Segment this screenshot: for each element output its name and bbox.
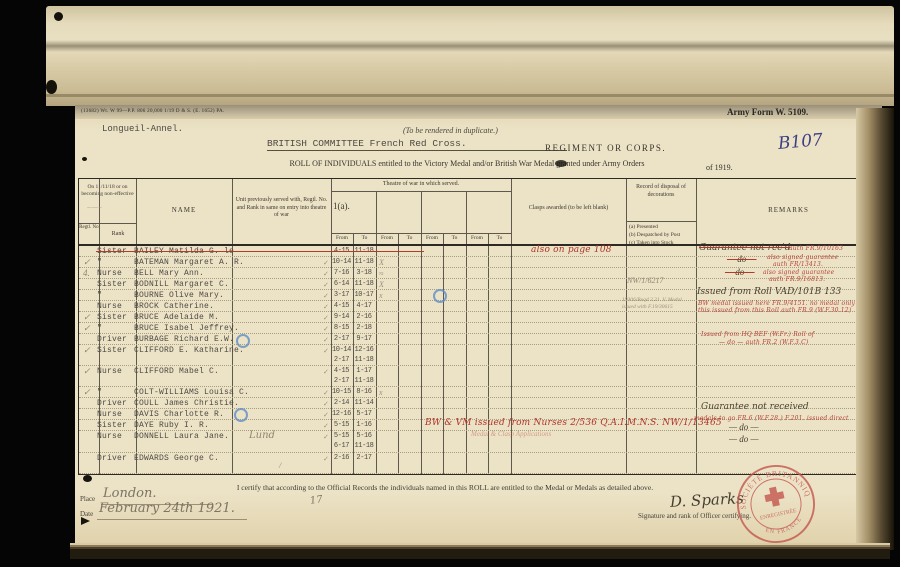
row-name: DAVIS Charlotte R. xyxy=(134,410,224,419)
row-date-to: 11-18 xyxy=(353,442,375,450)
row-rank: Sister xyxy=(97,421,127,430)
blue-circle-mark xyxy=(236,334,250,348)
row-name: COLT-WILLIAMS Louisa C. xyxy=(134,388,249,397)
row-date-to: 9-17 xyxy=(353,335,375,343)
page-stack-right-edge xyxy=(856,108,894,550)
army-form-number: Army Form W. 5109. xyxy=(727,107,808,117)
to-label: To xyxy=(398,235,421,242)
row-precheck: ✓ xyxy=(323,281,329,289)
row-name: BRUCE Adelaide M. xyxy=(134,313,219,322)
row-date-to: 10-17 xyxy=(353,291,375,299)
page-stack-shadow xyxy=(46,40,894,52)
row-rank: Nurse xyxy=(97,269,122,278)
row-date-from: 8-15 xyxy=(331,324,352,332)
stamp-center-text: ENREGISTRÉE xyxy=(759,506,797,522)
pencil-annotation: issued with F.19/30615 xyxy=(622,304,673,310)
row-name: BODNILL Margaret C. xyxy=(134,280,229,289)
certification-statement: I certify that according to the Official… xyxy=(195,483,695,492)
row-precheck: ✓ xyxy=(323,389,329,397)
row-rank: Nurse xyxy=(97,410,122,419)
row-date-from: 10-15 xyxy=(331,388,352,396)
row-date-to: 3-18 xyxy=(353,269,375,277)
row-precheck: ✓ xyxy=(323,314,329,322)
row-name: DAYE Ruby I. R. xyxy=(134,421,209,430)
of-year: of 1919. xyxy=(706,163,733,172)
row-date-from: 5-15 xyxy=(331,432,352,440)
margin-arrow-mark xyxy=(81,517,90,525)
place-value-handwritten: London. xyxy=(103,486,157,501)
from-label: From xyxy=(376,235,398,242)
col-header-clasps: Clasps awarded (to be left blank) xyxy=(513,205,624,213)
blue-circle-mark xyxy=(234,408,248,422)
row-date-from: 7-16 xyxy=(331,269,352,277)
from-label: From xyxy=(421,235,443,242)
col-header-rank: Rank xyxy=(100,231,136,239)
row-date-to: 12-16 xyxy=(353,346,375,354)
row-date-from: 4-15 xyxy=(331,302,352,310)
col-header-disposal: Record of disposal of decorations xyxy=(628,184,694,199)
row-date-from: 6-17 xyxy=(331,442,352,450)
table-row: 4.NurseBELL Mary Ann.✓7-163-18≈ xyxy=(79,268,881,279)
row-precheck: ✓ xyxy=(323,347,329,355)
row-precheck: ✓ xyxy=(323,400,329,408)
row-rank: Driver xyxy=(97,454,127,463)
row-precheck: ✓ xyxy=(323,336,329,344)
row-name: BATEMAN Margaret A. R. xyxy=(134,258,244,267)
table-row: ✓SisterCLIFFORD E. Katharine.✓10-1412-16… xyxy=(79,345,881,366)
col-header-theatre-code: 1(a). xyxy=(333,201,363,213)
ink-annotation: — do — xyxy=(729,434,759,444)
row-precheck: ✓ xyxy=(323,292,329,300)
margin-pencil-mark: 17 xyxy=(309,494,323,507)
row-date-from: 10-14 xyxy=(331,346,352,354)
pencil-annotation: 19306/Reqd 2.21. V. Medal xyxy=(622,297,682,303)
ink-annotation: — do — xyxy=(725,267,755,277)
row-date-to: 5-17 xyxy=(353,410,375,418)
table-header-line xyxy=(331,191,511,192)
row-date-from: 9-14 xyxy=(331,313,352,321)
row-rank: Driver xyxy=(97,399,127,408)
row-date-from: 2-16 xyxy=(331,454,352,462)
roll-title: ROLL OF INDIVIDUALS entitled to the Vict… xyxy=(187,159,747,168)
row-pencil-check: 4. xyxy=(83,268,90,278)
row-pencil-x: x xyxy=(379,291,383,300)
ink-blot xyxy=(83,475,92,482)
row-rank: Sister xyxy=(97,313,127,322)
row-date-from: 2-14 xyxy=(331,399,352,407)
row-precheck: ✓ xyxy=(323,270,329,278)
row-rank: Nurse xyxy=(97,367,122,376)
row-name: COULL James Christie. xyxy=(134,399,239,408)
row-date-from: 2-17 xyxy=(331,335,352,343)
red-ink-annotation: — do — auth FR.2 (W.F.3.C) xyxy=(719,339,808,346)
scanned-ledger: (13682) Wt. W 99—P.P. 806 20,000 1/19 D … xyxy=(0,0,900,567)
row-pencil-x: ≈ xyxy=(379,269,383,278)
blue-circle-mark xyxy=(433,289,447,303)
disposal-item-b: (b) Despatched by Post xyxy=(629,232,695,239)
red-cross-icon xyxy=(763,485,786,508)
table-row: ✓″COLT-WILLIAMS Louisa C.✓10-158-16x xyxy=(79,387,881,398)
row-name: BURBAGE Richard E.W. xyxy=(134,335,234,344)
col-header-effective: On 11/11/18 or on becoming non-effective xyxy=(80,184,135,198)
row-date-from: 12-16 xyxy=(331,410,352,418)
row-name: CLIFFORD E. Katharine. xyxy=(134,346,244,355)
table-row: ✓″BATEMAN Margaret A. R.✓10-1411-18X xyxy=(79,257,881,268)
col-header-regtl-no: Regtl. No. xyxy=(79,225,100,232)
row-pencil-check: ✓ xyxy=(83,345,91,356)
page-stack-bottom-edge xyxy=(70,543,890,559)
row-precheck: ✓ xyxy=(323,368,329,376)
row-date-from: 4-15 xyxy=(331,367,352,375)
col-header-remarks: REMARKS xyxy=(696,206,881,215)
row-pencil-x: X xyxy=(379,258,384,267)
red-ink-annotation: Issued from HQ BEF (W.Fr.) Roll of xyxy=(701,331,814,338)
row-name: CLIFFORD Mabel C. xyxy=(134,367,219,376)
row-precheck: ✓ xyxy=(323,259,329,267)
row-date-to: 2-17 xyxy=(353,454,375,462)
row-pencil-check: ✓ xyxy=(83,387,91,398)
red-ink-annotation: this issued from this Roll auth FR.9 (W.… xyxy=(698,307,851,314)
binder-hole-icon xyxy=(54,12,63,21)
red-ink-annotation: also signed guarantee xyxy=(763,269,834,276)
ink-annotation: Issued from Roll VAD/101B 133 xyxy=(697,287,841,297)
to-label: To xyxy=(353,235,376,242)
disposal-item-a: (a) Presented xyxy=(629,224,695,231)
to-label: To xyxy=(488,235,511,242)
row-name: BELL Mary Ann. xyxy=(134,269,204,278)
row-date-from: 2-17 xyxy=(331,377,352,385)
red-ink-annotation: BW & VM issued from Nurses 2/536 Q.A.I.M… xyxy=(425,418,722,428)
row-precheck: ✓ xyxy=(323,455,329,463)
row-rank: Driver xyxy=(97,335,127,344)
row-date-from: 3-17 xyxy=(331,291,352,299)
row-pencil-check: ✓ xyxy=(83,257,91,268)
form-header-band: (13682) Wt. W 99—P.P. 806 20,000 1/19 D … xyxy=(75,105,882,119)
red-ink-annotation: also on page 108 xyxy=(531,245,612,255)
row-date-to: 8-16 xyxy=(353,388,375,396)
table-body: SisterBAILEY Matilda G. le4-1511-18✓″BAT… xyxy=(79,246,881,474)
row-pencil-check: ✓ xyxy=(83,323,91,334)
place-label: Place xyxy=(80,495,95,503)
ink-blot xyxy=(82,157,87,161)
row-date-from: 6-14 xyxy=(331,280,352,288)
red-ink-annotation: BW medal issued here FR.9/4151. no medal… xyxy=(698,300,855,307)
row-rank: Sister xyxy=(97,346,127,355)
row-rank: ″ xyxy=(97,388,102,397)
row-name: DONNELL Laura Jane. xyxy=(134,432,229,441)
from-label: From xyxy=(331,235,353,242)
pencil-annotation: Lund xyxy=(249,430,275,441)
medal-roll-table: On 11/11/18 or on becoming non-effective… xyxy=(78,178,882,475)
col-header-name: NAME xyxy=(136,206,232,215)
table-header-line xyxy=(626,221,696,222)
col-header-unit: Unit previously served with, Regtl. No. … xyxy=(234,197,329,220)
red-cross-stamp: SOCIÉTÉ BRITANNIQUE EN FRANCE ENREGISTRÉ… xyxy=(725,453,827,555)
row-date-to: 11-18 xyxy=(353,356,375,364)
red-ink-annotation: auth FR/13413. xyxy=(773,261,823,268)
printer-code: (13682) Wt. W 99—P.P. 806 20,000 1/19 D … xyxy=(81,109,224,114)
location-typed: Longueil-Annel. xyxy=(102,124,183,134)
date-value-handwritten: February 24th 1921. xyxy=(99,501,235,516)
row-rank: ″ xyxy=(97,258,102,267)
ink-annotation: — do — xyxy=(727,254,757,264)
table-header-line xyxy=(79,223,136,224)
row-date-to: 1-17 xyxy=(353,367,375,375)
ink-annotation: — do — xyxy=(729,422,759,432)
row-rank: Sister xyxy=(97,280,127,289)
red-ink-annotation: also signed guarantee xyxy=(767,254,838,261)
page-reference-handwritten: B107 xyxy=(777,130,824,154)
row-precheck: ✓ xyxy=(323,325,329,333)
ink-annotation: Guarantee not rec'd xyxy=(699,243,791,253)
pencil-annotation: NW/1/6217 xyxy=(627,276,663,285)
pencil-annotation: ~·~~·~ xyxy=(87,205,102,211)
row-pencil-check: ✓ xyxy=(83,312,91,323)
row-date-to: 11-18 xyxy=(353,280,375,288)
row-rank: ″ xyxy=(97,324,102,333)
row-pencil-x: X xyxy=(379,280,384,289)
table-header-line xyxy=(331,233,511,234)
ink-annotation: Guarantee not received xyxy=(701,402,809,412)
binder-hole-icon xyxy=(46,80,57,94)
red-ink-annotation: auth FR.9/16813. xyxy=(769,276,825,283)
row-pencil-x: x xyxy=(379,388,383,397)
row-date-to: 11-18 xyxy=(353,258,375,266)
regiment-or-corps-label: REGIMENT OR CORPS. xyxy=(545,143,666,153)
row-date-to: 11-18 xyxy=(353,377,375,385)
row-precheck: ✓ xyxy=(323,433,329,441)
red-ink-annotation: auth FR.9/10163 xyxy=(789,245,843,252)
row-rank: ″ xyxy=(97,291,102,300)
to-label: To xyxy=(443,235,466,242)
ink-blot xyxy=(555,160,567,167)
row-date-from: 10-14 xyxy=(331,258,352,266)
row-pencil-check: ✓ xyxy=(83,366,91,377)
row-name: BROCK Catherine. xyxy=(134,302,214,311)
row-date-to: 11-14 xyxy=(353,399,375,407)
row-name: BOURNE Olive Mary. xyxy=(134,291,224,300)
row-name: EDWARDS George C. xyxy=(134,454,219,463)
page-stack-top-edge xyxy=(46,6,894,106)
date-rule-line xyxy=(97,519,247,520)
pencil-annotation: / xyxy=(279,461,281,470)
red-strike-line xyxy=(96,251,424,252)
medal-roll-page: (13682) Wt. W 99—P.P. 806 20,000 1/19 D … xyxy=(75,105,882,545)
col-header-theatre: Theatre of war in which served. xyxy=(331,181,511,189)
committee-name: BRITISH COMMITTEE French Red Cross. xyxy=(267,138,567,151)
duplicate-note: (To be rendered in duplicate.) xyxy=(403,126,498,135)
row-precheck: ✓ xyxy=(323,303,329,311)
row-date-to: 1-16 xyxy=(353,421,375,429)
row-date-from: 5-15 xyxy=(331,421,352,429)
row-date-from: 2-17 xyxy=(331,356,352,364)
row-rank: Nurse xyxy=(97,432,122,441)
row-date-to: 2-18 xyxy=(353,324,375,332)
row-date-to: 5-16 xyxy=(353,432,375,440)
row-date-to: 4-17 xyxy=(353,302,375,310)
row-precheck: ✓ xyxy=(323,422,329,430)
red-ink-annotation: Medal & Clasp Applications xyxy=(471,430,551,438)
table-row: ✓NurseCLIFFORD Mabel C.✓4-151-172-1711-1… xyxy=(79,366,881,387)
row-name: BRUCE Isabel Jeffrey. xyxy=(134,324,239,333)
row-rank: Nurse xyxy=(97,302,122,311)
row-date-to: 2-16 xyxy=(353,313,375,321)
page-stack-line xyxy=(46,94,894,97)
row-precheck: ✓ xyxy=(323,411,329,419)
from-label: From xyxy=(466,235,488,242)
